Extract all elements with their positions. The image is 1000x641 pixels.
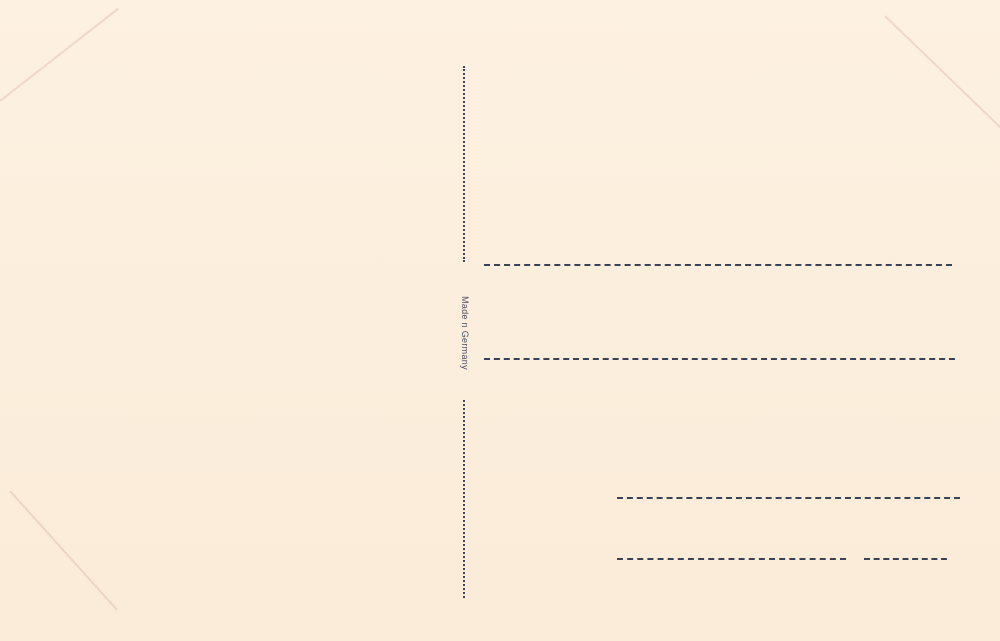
divider-line-bottom (463, 400, 465, 598)
address-line-4b (864, 558, 947, 560)
divider-line-top (463, 66, 465, 262)
address-line-3 (617, 497, 960, 499)
postcard-back: Made n Germany (0, 0, 1000, 641)
corner-crease-top-right (884, 15, 1000, 135)
corner-crease-bottom-left (9, 490, 118, 610)
corner-crease-top-left (0, 8, 119, 102)
imprint: Made n Germany (458, 288, 472, 378)
address-line-1 (484, 264, 952, 266)
address-line-2 (484, 358, 955, 360)
imprint-text: Made n Germany (460, 296, 470, 370)
address-line-4a (617, 558, 846, 560)
